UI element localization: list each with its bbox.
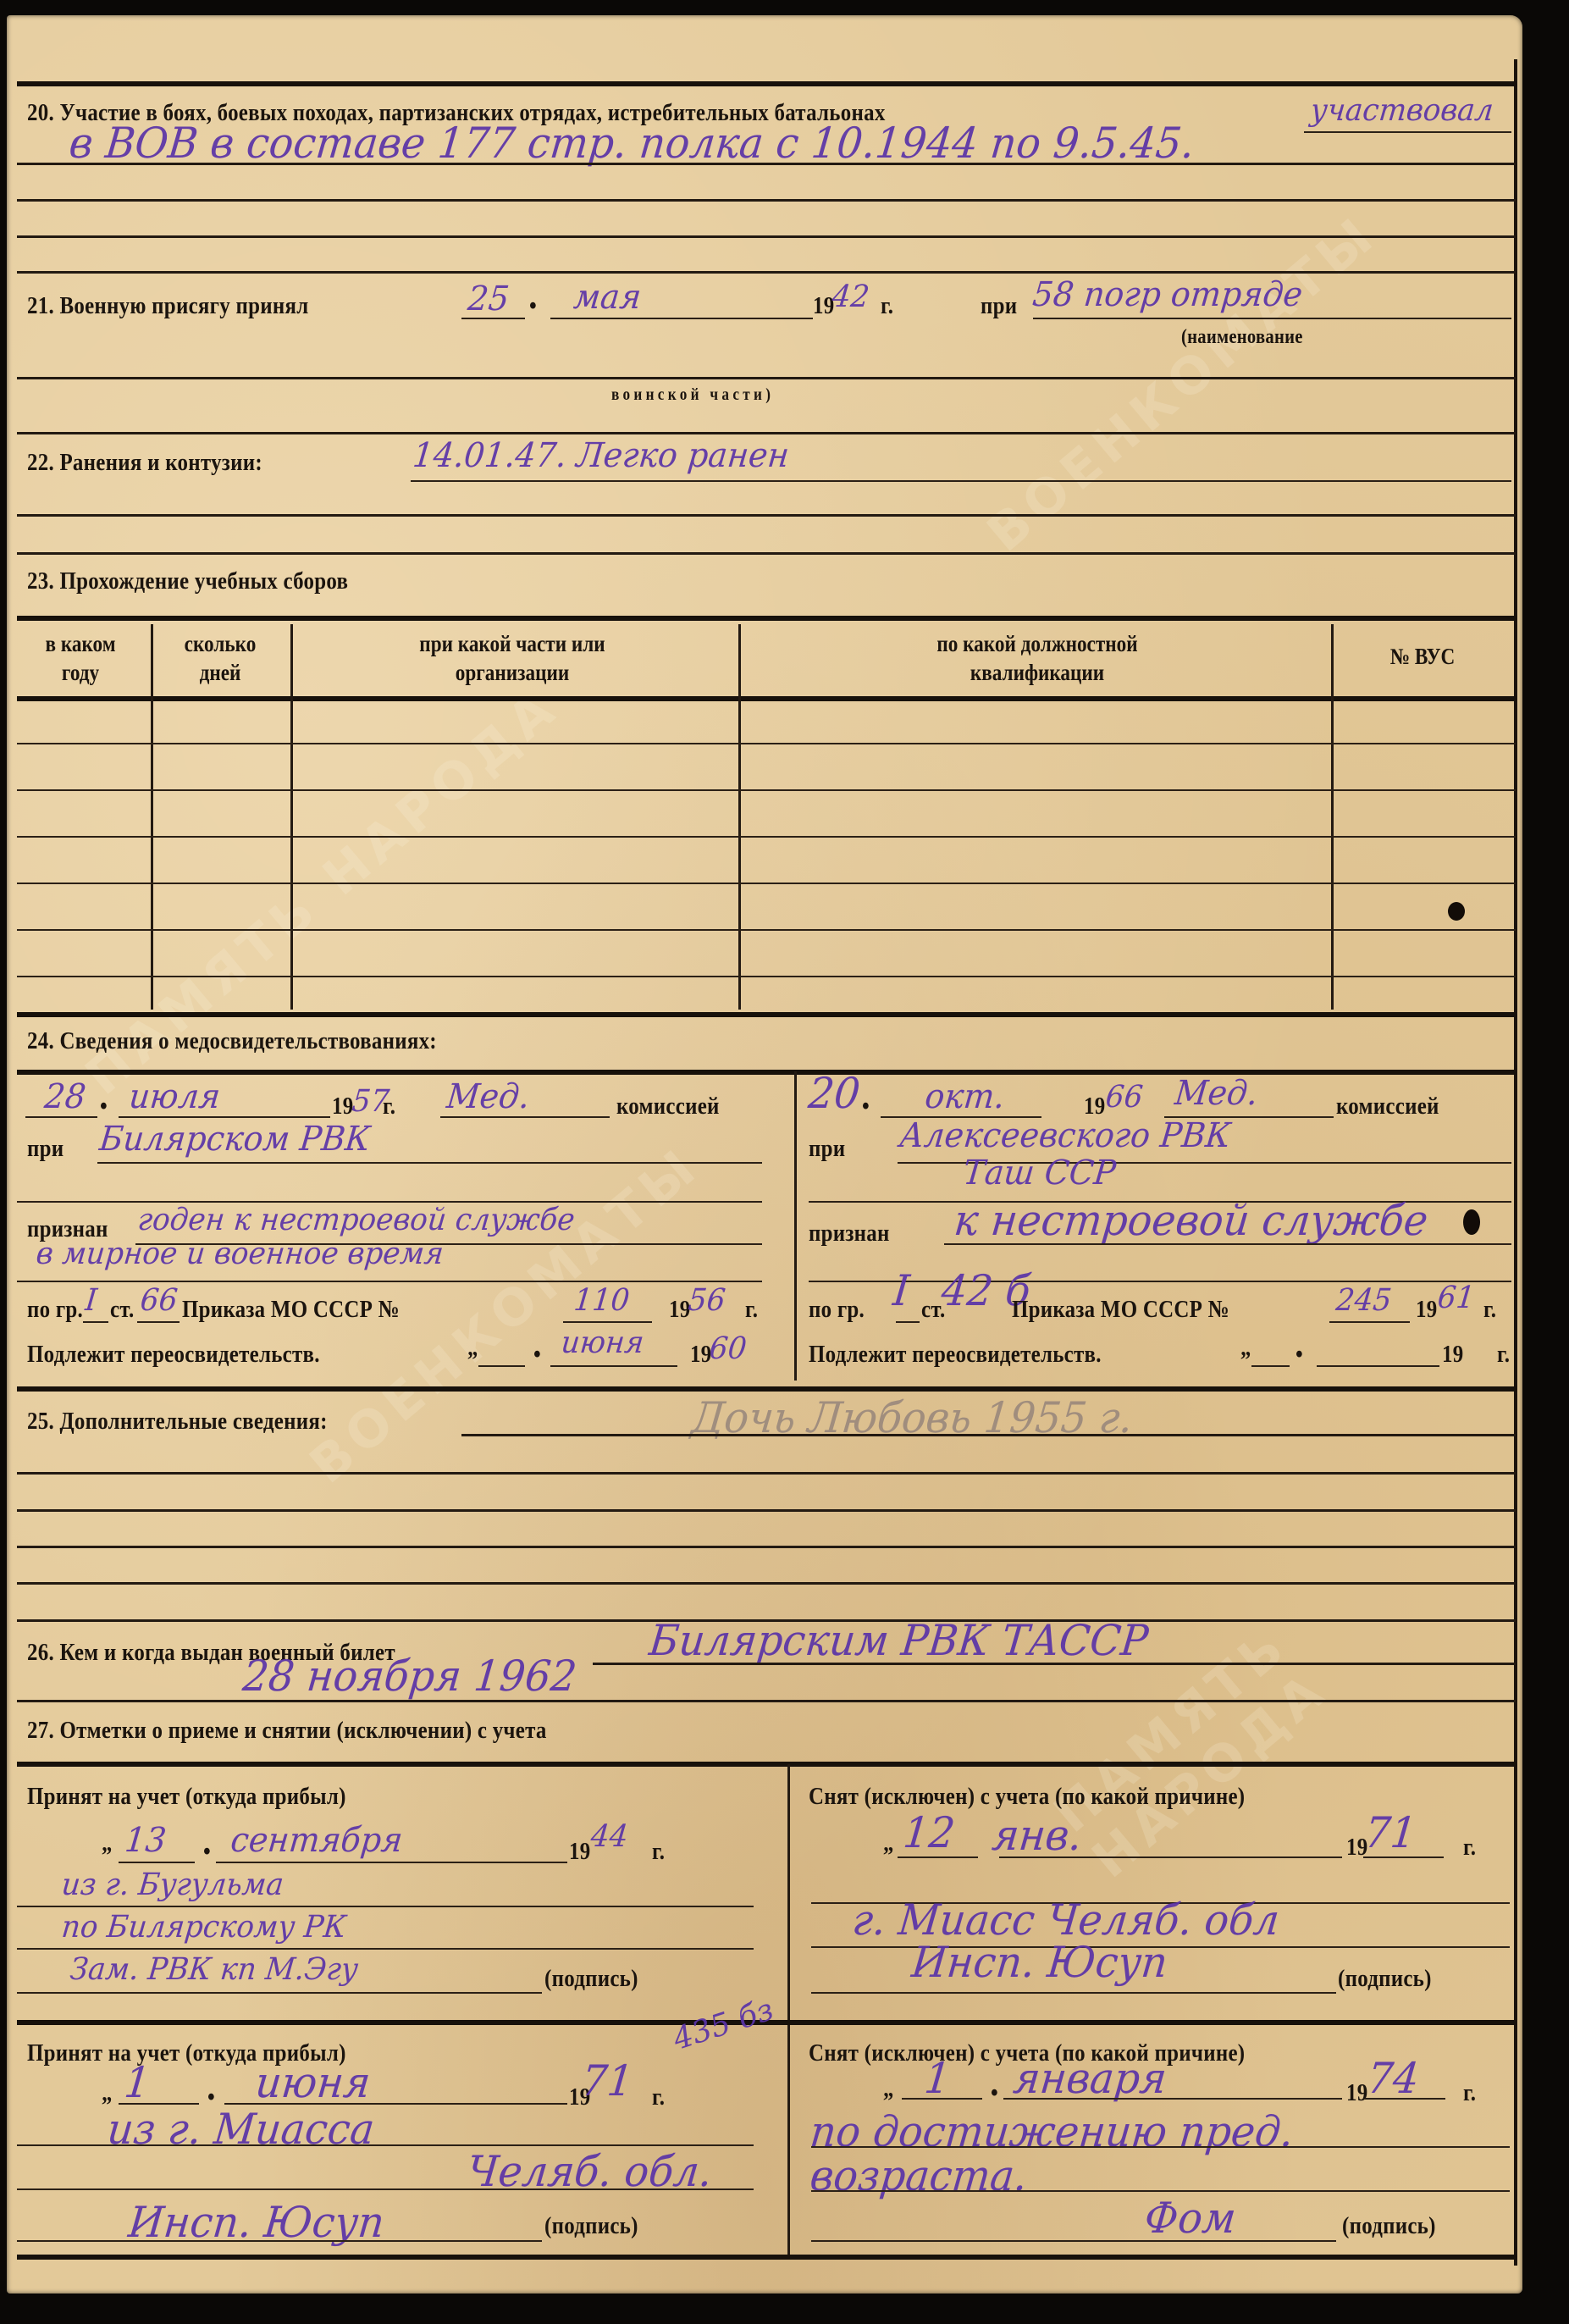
s20-handwriting-1: участвовал	[1309, 93, 1495, 128]
exam-at: Алексеевского РВК	[898, 1116, 1232, 1155]
column-divider	[151, 624, 153, 1010]
rule-line	[17, 271, 1516, 274]
column-divider	[290, 624, 293, 1010]
s27-label: 27. Отметки о приеме и снятии (исключени…	[27, 1717, 547, 1745]
removed-signature: Фом	[1142, 2194, 1238, 2243]
column-header: в какомгоду	[22, 629, 139, 687]
fill-line	[811, 1992, 1336, 1994]
column-divider	[1331, 624, 1334, 1010]
s21-note: (наименование	[1181, 326, 1303, 349]
fill-line	[811, 2146, 1510, 2148]
fill-line	[17, 2240, 542, 2242]
table-top-border	[17, 616, 1516, 621]
s21-year: 42	[831, 279, 871, 314]
rule-line	[17, 235, 1516, 238]
year-prefix: 19	[1346, 2079, 1367, 2107]
s22-label: 22. Ранения и контузии:	[27, 449, 262, 477]
fill-line	[17, 1281, 762, 1282]
fill-line	[550, 318, 813, 319]
reexam-month: июня	[560, 1325, 645, 1360]
fill-line	[461, 318, 525, 319]
fill-line	[902, 2098, 982, 2100]
s24-label: 24. Сведения о медосвидетельствованиях:	[27, 1027, 437, 1055]
removed-signature: Инсп. Юсуп	[909, 1938, 1169, 1987]
accepted-month: сентября	[229, 1821, 404, 1860]
quote-mark: „	[467, 1334, 478, 1362]
recognized-label: признан	[809, 1220, 890, 1248]
watermark: ВОЕНКОМАТЫ	[976, 204, 1389, 564]
article-label: ст.	[110, 1296, 134, 1324]
removed-label: Снят (исключен) с учета (по какой причин…	[809, 1783, 1245, 1811]
order-label: Приказа МО СССР №	[1012, 1296, 1229, 1324]
at-label: при	[27, 1135, 64, 1163]
table-row	[17, 743, 1516, 744]
order-label: Приказа МО СССР №	[182, 1296, 400, 1324]
divider	[17, 1762, 1516, 1767]
year-suffix: г.	[1497, 1341, 1510, 1369]
s23-label: 23. Прохождение учебных сборов	[27, 567, 348, 595]
column-header: по какой должностнойквалификации	[782, 629, 1292, 687]
column-divider	[738, 624, 741, 1010]
column-header: при какой части илиорганизации	[323, 629, 701, 687]
reexam-year: 60	[708, 1331, 749, 1366]
s21-day: 25	[466, 279, 511, 318]
exam-recognized: годен к нестроевой службе	[136, 1203, 577, 1237]
quote-mark: „	[102, 1829, 113, 1857]
exam-day: 20	[806, 1069, 862, 1118]
reexam-label: Подлежит переосвидетельств.	[27, 1341, 320, 1369]
fill-line	[119, 1116, 330, 1118]
separator-dot: •	[203, 1838, 211, 1866]
fill-line	[137, 1321, 180, 1323]
separator-dot: •	[862, 1093, 870, 1120]
divider	[17, 1386, 1516, 1392]
table-row	[17, 929, 1516, 931]
table-row	[17, 789, 1516, 791]
order-value: 245	[1334, 1283, 1393, 1318]
removed-month: янв.	[990, 1811, 1084, 1860]
article-value: 66	[139, 1283, 180, 1318]
signature-label: (подпись)	[1338, 1965, 1432, 1993]
fill-line	[1363, 1856, 1444, 1858]
exam-commission: Мед.	[1173, 1074, 1259, 1113]
separator-dot: •	[529, 292, 537, 320]
rule-line	[17, 432, 1516, 434]
divider	[17, 1070, 1516, 1075]
year-suffix: г.	[1463, 2079, 1476, 2107]
column-divider	[787, 1764, 790, 2255]
rule-line	[17, 514, 1516, 517]
table-header-border	[17, 696, 1516, 701]
fill-line	[550, 1365, 677, 1367]
fill-line	[999, 1856, 1342, 1858]
quote-mark: „	[1240, 1334, 1251, 1362]
accepted-from: по Билярскому РК	[60, 1910, 348, 1945]
removed-day: 12	[901, 1808, 957, 1857]
quote-mark: „	[883, 1829, 894, 1857]
exam-year: 66	[1104, 1080, 1145, 1115]
column-header: сколькодней	[162, 629, 279, 687]
fill-line	[119, 1862, 195, 1863]
year-suffix: г.	[881, 292, 893, 320]
fill-line	[411, 480, 1511, 482]
removed-day: 1	[922, 2054, 953, 2103]
signature-label: (подпись)	[1342, 2212, 1436, 2240]
fill-line	[17, 2188, 754, 2190]
column-header: № ВУС	[1350, 642, 1495, 671]
fill-line	[17, 1992, 542, 1994]
s21-note: воинской части)	[611, 385, 774, 405]
fill-line	[440, 1116, 610, 1118]
fill-line	[17, 1948, 754, 1950]
fill-line	[1329, 1321, 1410, 1323]
year-prefix: 19	[569, 1838, 590, 1866]
group-label: по гр.	[809, 1296, 865, 1324]
accepted-from: из г. Бугульма	[60, 1868, 285, 1902]
fill-line	[1033, 318, 1511, 319]
year-suffix: г.	[383, 1093, 395, 1120]
quote-mark: „	[102, 2079, 113, 2107]
fill-line	[944, 1243, 1511, 1245]
signature-label: (подпись)	[544, 2212, 638, 2240]
year-suffix: г.	[652, 1838, 665, 1866]
reexam-label: Подлежит переосвидетельств.	[809, 1341, 1102, 1369]
accepted-from: из г. Миасса	[105, 2105, 377, 2154]
group-label: по гр.	[27, 1296, 83, 1324]
accepted-day: 13	[123, 1821, 168, 1860]
s22-handwriting: 14.01.47. Легко ранен	[411, 436, 791, 475]
fill-line	[1365, 2098, 1445, 2100]
rule-line	[17, 1472, 1516, 1475]
fill-line	[216, 1862, 567, 1863]
fill-line	[17, 2144, 754, 2146]
s21-month: мая	[572, 278, 643, 317]
accepted-signature: Зам. РВК кп М.Эгу	[69, 1952, 360, 1987]
accepted-day: 1	[122, 2058, 152, 2107]
year-suffix: г.	[1483, 1296, 1496, 1324]
removed-reason: по достижению пред.	[808, 2107, 1296, 2156]
table-row	[17, 976, 1516, 977]
exam-recognized: к нестроевой службе	[952, 1196, 1430, 1245]
exam-at: Билярском РВК	[97, 1120, 372, 1159]
accepted-year: 44	[589, 1819, 630, 1854]
exam-recognized: в мирное и военное время	[35, 1237, 445, 1271]
year-suffix: г.	[1463, 1834, 1476, 1862]
column-divider	[794, 1071, 797, 1381]
exam-month: окт.	[923, 1077, 1006, 1116]
removed-reason: возраста.	[808, 2151, 1030, 2200]
exam-at: Таш ССР	[961, 1154, 1117, 1192]
fill-line	[593, 1663, 1516, 1665]
accepted-label: Принят на учет (откуда прибыл)	[27, 1783, 346, 1811]
fill-line	[461, 1434, 1516, 1436]
table-bottom-border	[17, 1012, 1516, 1017]
year-suffix: г.	[745, 1296, 758, 1324]
removed-year: 74	[1365, 2054, 1421, 2103]
year-suffix: г.	[652, 2083, 665, 2111]
punch-hole	[1463, 1209, 1480, 1235]
exam-commission: Мед.	[445, 1077, 531, 1116]
s21-unit: 58 погр отряде	[1030, 275, 1304, 314]
fill-line	[83, 1321, 108, 1323]
separator-dot: •	[991, 2079, 998, 2107]
fill-line	[898, 1856, 978, 1858]
rule-line	[17, 377, 1516, 379]
year-prefix: 19	[1416, 1296, 1437, 1324]
s20-handwriting-2: в ВОВ в составе 177 стр. полка с 10.1944…	[67, 119, 1196, 168]
commission-label: комиссией	[616, 1093, 720, 1120]
exam-day: 28	[42, 1077, 87, 1116]
rule-line	[17, 1509, 1516, 1512]
fill-line	[563, 1321, 652, 1323]
bottom-border	[17, 2255, 1516, 2260]
frame-border-right	[1514, 59, 1517, 2266]
s26-handwriting-2: 28 ноября 1962	[240, 1652, 579, 1701]
fill-line	[1251, 1365, 1290, 1367]
rule-line	[17, 1582, 1516, 1585]
table-row	[17, 883, 1516, 884]
fill-line	[1003, 2098, 1342, 2100]
s21-label: 21. Военную присягу принял	[27, 292, 308, 320]
fill-line	[811, 2240, 1336, 2242]
fill-line	[25, 1116, 97, 1118]
s21-at-label: при	[981, 292, 1017, 320]
signature-label: (подпись)	[544, 1965, 638, 1993]
fill-line	[478, 1365, 525, 1367]
separator-dot: •	[533, 1341, 541, 1369]
rule-line	[17, 163, 1516, 165]
quote-mark: „	[883, 2075, 894, 2103]
table-row	[17, 836, 1516, 838]
order-year: 61	[1436, 1281, 1477, 1315]
fill-line	[896, 1321, 920, 1323]
s25-label: 25. Дополнительные сведения:	[27, 1408, 328, 1436]
accepted-year: 71	[579, 2056, 635, 2105]
exam-month: июля	[127, 1077, 222, 1116]
year-prefix: 19	[1442, 1341, 1463, 1369]
removed-month: января	[1011, 2054, 1168, 2103]
accepted-month: июня	[253, 2058, 373, 2107]
fill-line	[809, 1281, 1511, 1282]
rule-line	[17, 199, 1516, 202]
ink-blot	[1448, 902, 1465, 921]
rule-line	[17, 552, 1516, 555]
fill-line	[1304, 131, 1511, 133]
watermark: ПАМЯТЬ НАРОДА	[1043, 1478, 1502, 1890]
removed-year: 71	[1362, 1808, 1418, 1857]
divider	[17, 81, 1516, 86]
commission-label: комиссией	[1336, 1093, 1439, 1120]
at-label: при	[809, 1135, 845, 1163]
order-year: 56	[687, 1283, 727, 1318]
order-value: 110	[572, 1283, 631, 1318]
separator-dot: •	[1296, 1341, 1303, 1369]
rule-line	[17, 1700, 1516, 1702]
fill-line	[811, 2190, 1510, 2192]
separator-dot: •	[100, 1093, 108, 1120]
fill-line	[97, 1162, 762, 1164]
rule-line	[17, 1546, 1516, 1548]
s26-handwriting-1: Билярским РВК ТАССР	[647, 1616, 1150, 1665]
fill-line	[1317, 1365, 1439, 1367]
fill-line	[17, 1906, 754, 1907]
